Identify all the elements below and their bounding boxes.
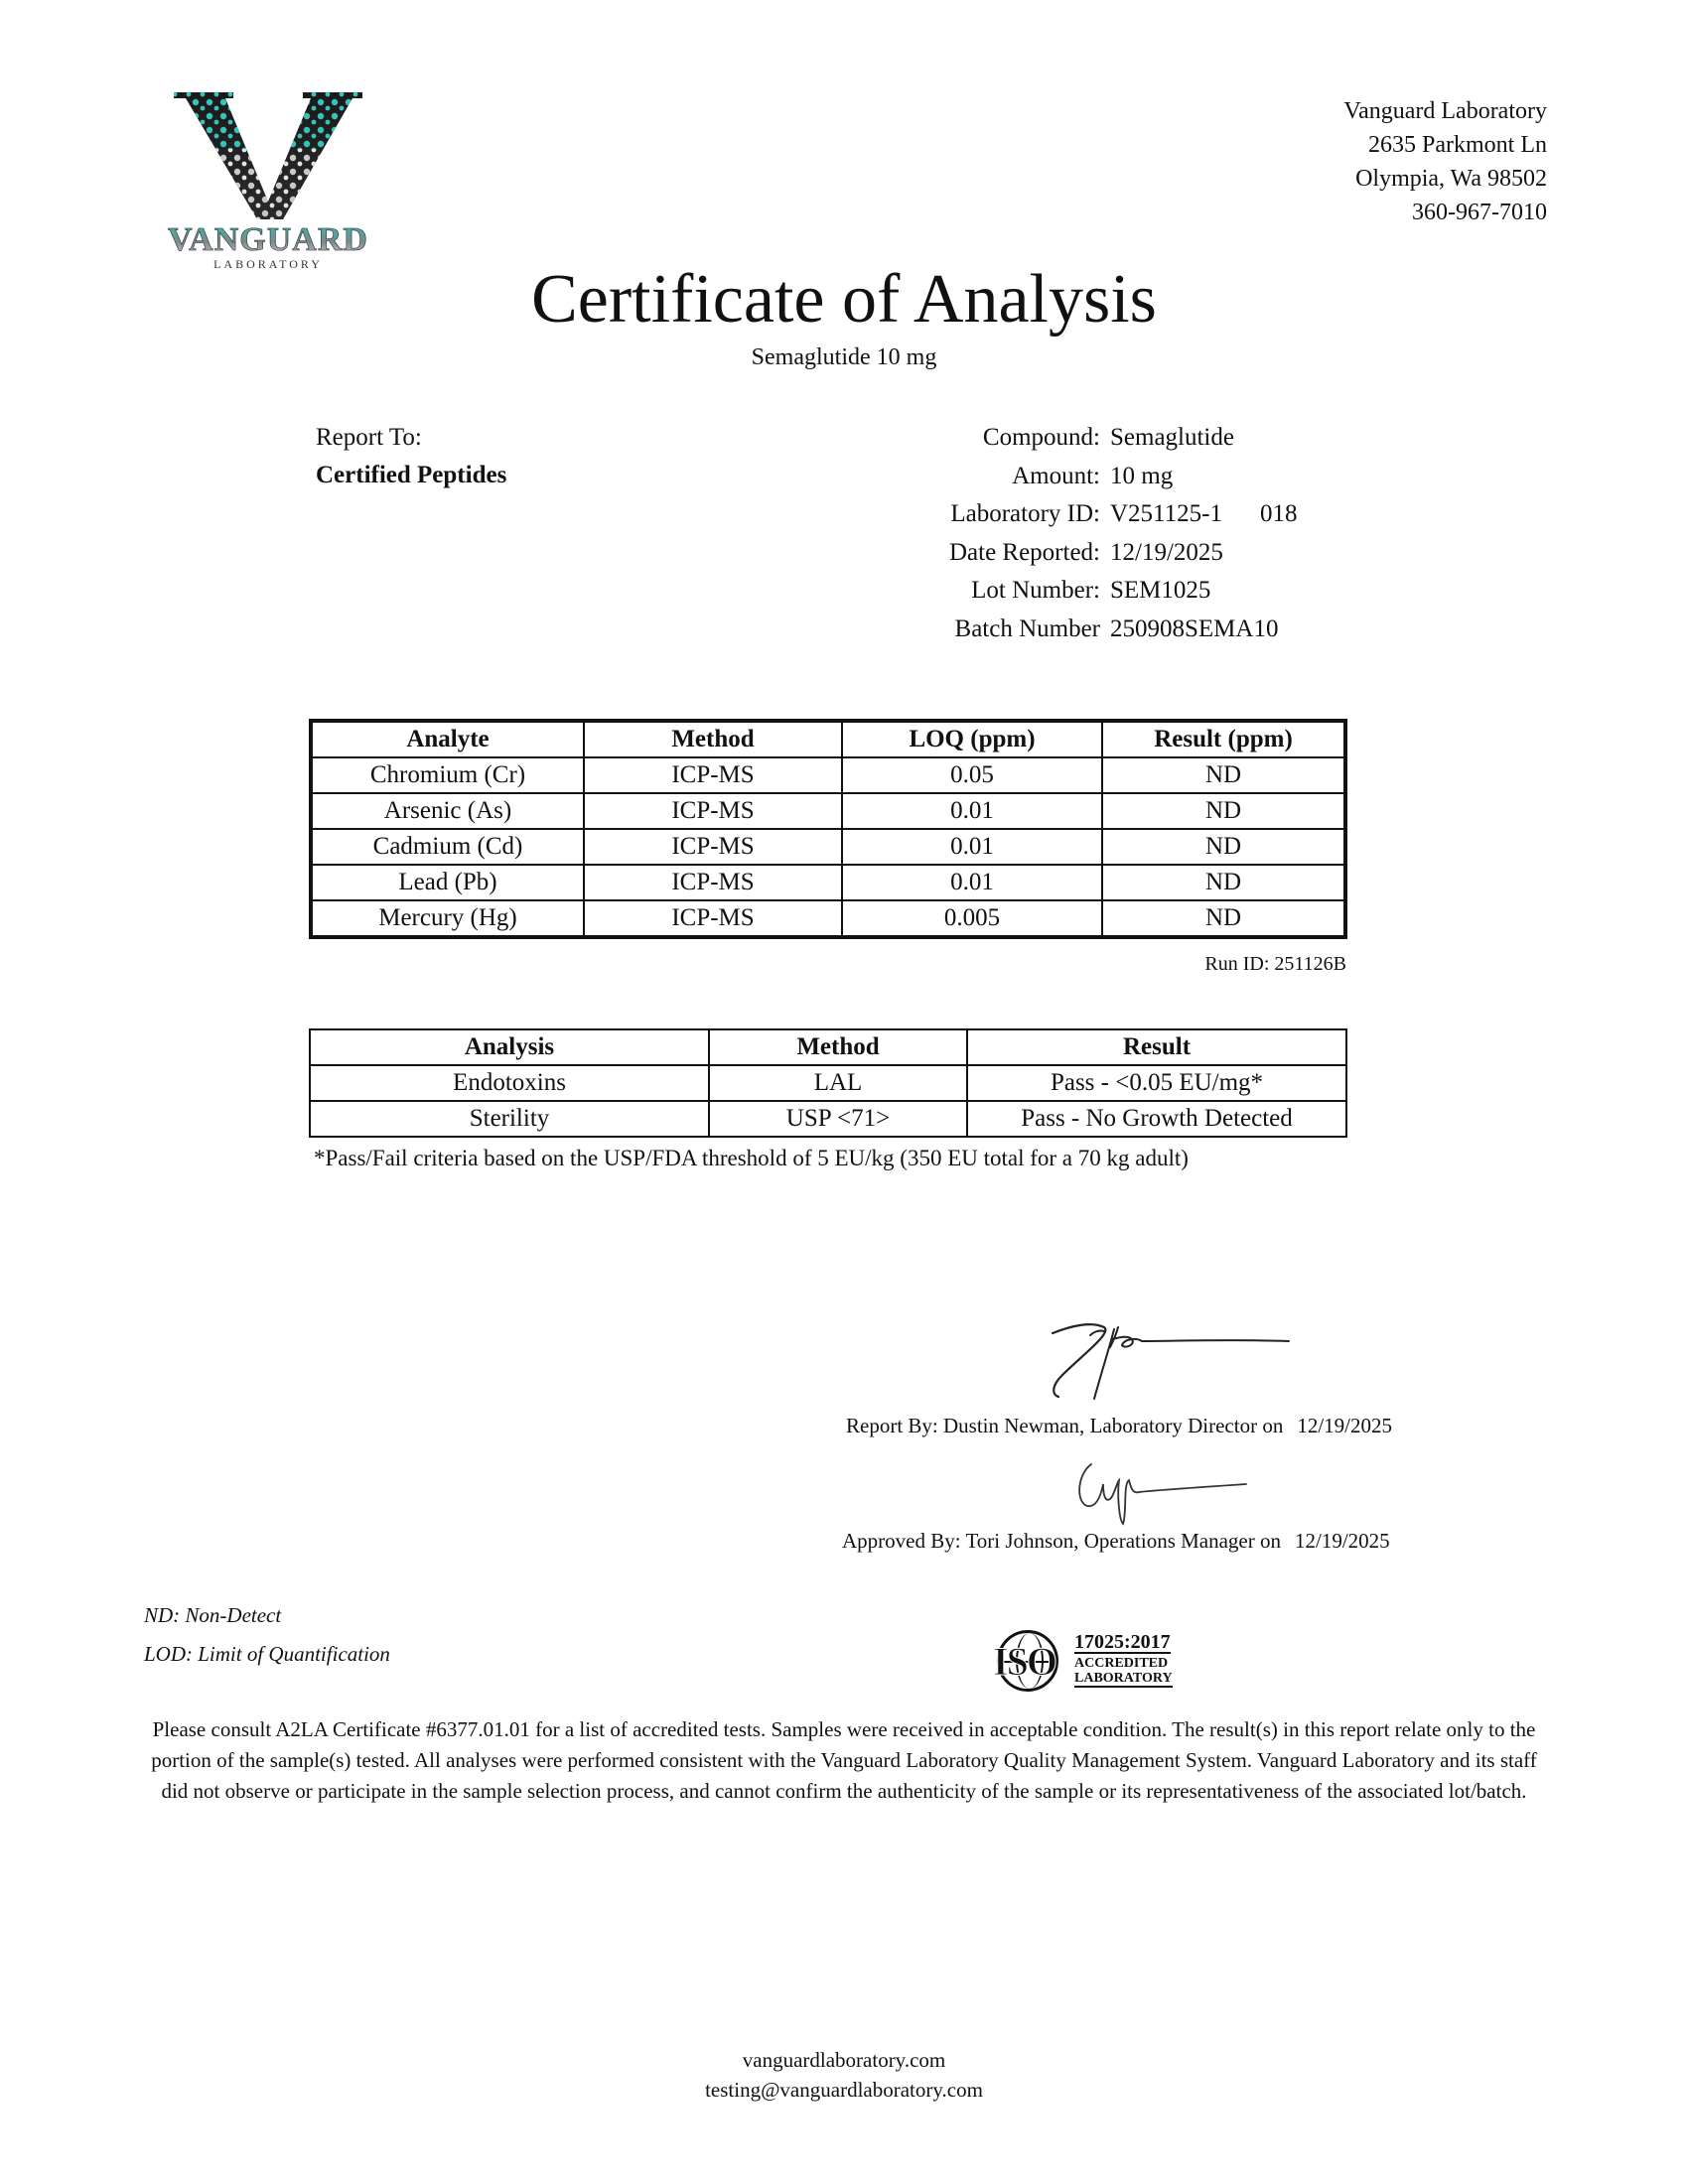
iso-standard: 17025:2017: [1074, 1632, 1171, 1654]
method-cell: ICP-MS: [584, 900, 842, 937]
footer: vanguardlaboratory.com testing@vanguardl…: [0, 2045, 1688, 2105]
iso-accreditation-badge: ISO 17025:2017 ACCREDITED LABORATORY: [993, 1628, 1192, 1698]
info-row-batch-number: Batch Number 250908SEMA10: [844, 611, 1297, 649]
approved-by-line: Approved By: Tori Johnson, Operations Ma…: [842, 1527, 1390, 1555]
info-value: V251125-1: [1110, 495, 1222, 534]
column-header: LOQ (ppm): [842, 721, 1102, 757]
table-row: Sterility USP <71> Pass - No Growth Dete…: [310, 1101, 1346, 1137]
info-value: Semaglutide: [1110, 419, 1234, 458]
heavy-metals-table: Analyte Method LOQ (ppm) Result (ppm) Ch…: [309, 719, 1347, 939]
loq-cell: 0.05: [842, 757, 1102, 793]
sample-info: Compound: Semaglutide Amount: 10 mg Labo…: [844, 419, 1297, 648]
lab-city: Olympia, Wa 98502: [1343, 162, 1547, 196]
method-cell: ICP-MS: [584, 757, 842, 793]
legend-nd: ND: Non-Detect: [144, 1596, 390, 1635]
column-header: Result (ppm): [1102, 721, 1345, 757]
loq-cell: 0.01: [842, 793, 1102, 829]
info-label: Amount:: [844, 458, 1110, 496]
loq-cell: 0.01: [842, 829, 1102, 865]
report-to-label: Report To:: [316, 419, 506, 457]
info-row-amount: Amount: 10 mg: [844, 458, 1297, 496]
info-label: Date Reported:: [844, 534, 1110, 573]
iso-mark: ISO: [993, 1642, 1072, 1682]
lab-address: Vanguard Laboratory 2635 Parkmont Ln Oly…: [1343, 94, 1547, 229]
page-title: Certificate of Analysis: [0, 260, 1688, 340]
loq-cell: 0.01: [842, 865, 1102, 900]
disclaimer-text: Please consult A2LA Certificate #6377.01…: [149, 1714, 1539, 1807]
info-value: SEM1025: [1110, 572, 1210, 611]
info-row-lot-number: Lot Number: SEM1025: [844, 572, 1297, 611]
approved-by-text: Approved By: Tori Johnson, Operations Ma…: [842, 1529, 1281, 1553]
lab-street: 2635 Parkmont Ln: [1343, 128, 1547, 162]
analysis-cell: Sterility: [310, 1101, 709, 1137]
result-cell: ND: [1102, 829, 1345, 865]
method-cell: ICP-MS: [584, 793, 842, 829]
report-by-text: Report By: Dustin Newman, Laboratory Dir…: [846, 1414, 1283, 1437]
info-value: 10 mg: [1110, 458, 1173, 496]
table-header-row: Analysis Method Result: [310, 1029, 1346, 1065]
abbreviation-legend: ND: Non-Detect LOD: Limit of Quantificat…: [144, 1596, 390, 1674]
page-subtitle: Semaglutide 10 mg: [0, 342, 1688, 372]
vanguard-v-logo-icon: [164, 84, 372, 223]
result-cell: ND: [1102, 793, 1345, 829]
report-by-line: Report By: Dustin Newman, Laboratory Dir…: [846, 1412, 1392, 1439]
table-row: Endotoxins LAL Pass - <0.05 EU/mg*: [310, 1065, 1346, 1101]
lab-phone: 360-967-7010: [1343, 196, 1547, 229]
info-value-suffix: 018: [1260, 495, 1298, 534]
email-link[interactable]: testing@vanguardlaboratory.com: [0, 2075, 1688, 2105]
result-cell: ND: [1102, 757, 1345, 793]
analyte-cell: Cadmium (Cd): [311, 829, 584, 865]
info-row-date-reported: Date Reported: 12/19/2025: [844, 534, 1297, 573]
column-header: Analyte: [311, 721, 584, 757]
report-by-date: 12/19/2025: [1297, 1414, 1392, 1437]
website-link[interactable]: vanguardlaboratory.com: [0, 2045, 1688, 2075]
info-label: Lot Number:: [844, 572, 1110, 611]
method-cell: LAL: [709, 1065, 967, 1101]
result-cell: Pass - No Growth Detected: [967, 1101, 1346, 1137]
legend-lod: LOD: Limit of Quantification: [144, 1635, 390, 1674]
report-to: Report To: Certified Peptides: [316, 419, 506, 494]
info-value: 250908SEMA10: [1110, 611, 1278, 649]
vanguard-logo: VANGUARD LABORATORY: [164, 84, 372, 268]
table-row: Cadmium (Cd) ICP-MS 0.01 ND: [311, 829, 1345, 865]
column-header: Result: [967, 1029, 1346, 1065]
analyte-cell: Chromium (Cr): [311, 757, 584, 793]
table-row: Lead (Pb) ICP-MS 0.01 ND: [311, 865, 1345, 900]
microbiology-table: Analysis Method Result Endotoxins LAL Pa…: [309, 1028, 1347, 1138]
director-signature-icon: [1033, 1315, 1311, 1400]
client-name: Certified Peptides: [316, 457, 506, 494]
logo-wordmark: VANGUARD: [164, 223, 372, 257]
column-header: Method: [709, 1029, 967, 1065]
analysis-cell: Endotoxins: [310, 1065, 709, 1101]
result-cell: Pass - <0.05 EU/mg*: [967, 1065, 1346, 1101]
info-row-compound: Compound: Semaglutide: [844, 419, 1297, 458]
method-cell: USP <71>: [709, 1101, 967, 1137]
table-row: Chromium (Cr) ICP-MS 0.05 ND: [311, 757, 1345, 793]
analyte-cell: Mercury (Hg): [311, 900, 584, 937]
method-cell: ICP-MS: [584, 865, 842, 900]
iso-accredited: ACCREDITED: [1074, 1656, 1168, 1671]
info-label: Batch Number: [844, 611, 1110, 649]
result-cell: ND: [1102, 900, 1345, 937]
manager-signature-icon: [1067, 1454, 1266, 1529]
analyte-cell: Arsenic (As): [311, 793, 584, 829]
analyte-cell: Lead (Pb): [311, 865, 584, 900]
run-id: Run ID: 251126B: [1204, 952, 1346, 976]
info-label: Compound:: [844, 419, 1110, 458]
method-cell: ICP-MS: [584, 829, 842, 865]
info-row-laboratory-id: Laboratory ID: V251125-1 018: [844, 495, 1297, 534]
loq-cell: 0.005: [842, 900, 1102, 937]
lab-name: Vanguard Laboratory: [1343, 94, 1547, 128]
table-header-row: Analyte Method LOQ (ppm) Result (ppm): [311, 721, 1345, 757]
result-cell: ND: [1102, 865, 1345, 900]
approved-by-date: 12/19/2025: [1295, 1529, 1390, 1553]
iso-laboratory: LABORATORY: [1074, 1671, 1173, 1688]
column-header: Method: [584, 721, 842, 757]
criteria-footnote: *Pass/Fail criteria based on the USP/FDA…: [314, 1144, 1189, 1173]
info-label: Laboratory ID:: [844, 495, 1110, 534]
table-row: Mercury (Hg) ICP-MS 0.005 ND: [311, 900, 1345, 937]
table-row: Arsenic (As) ICP-MS 0.01 ND: [311, 793, 1345, 829]
info-value: 12/19/2025: [1110, 534, 1223, 573]
column-header: Analysis: [310, 1029, 709, 1065]
